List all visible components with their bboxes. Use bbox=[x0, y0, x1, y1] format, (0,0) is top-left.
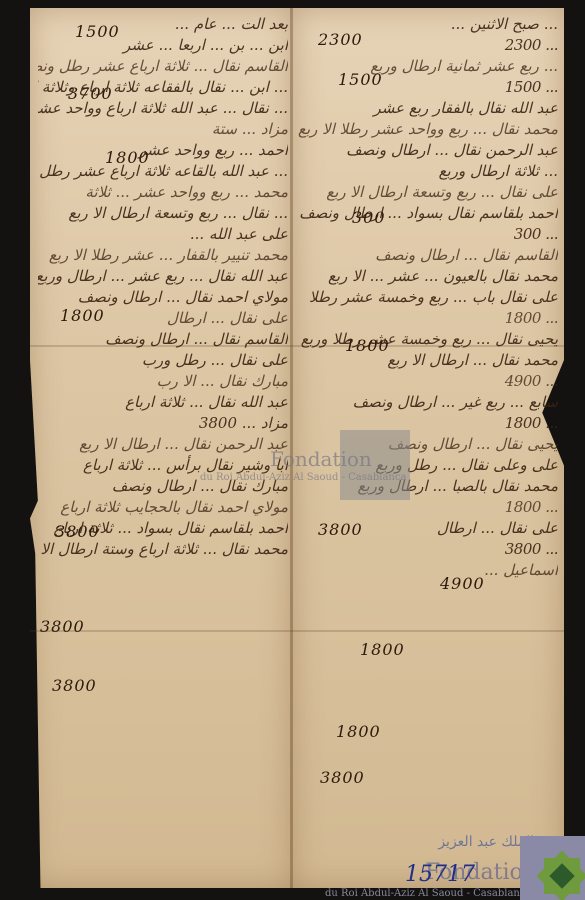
manuscript-line: ... 1800 bbox=[298, 497, 558, 518]
horizontal-fold-line bbox=[30, 630, 564, 632]
manuscript-line: مزاد ... ستة bbox=[38, 119, 288, 140]
manuscript-line: ... 300 bbox=[298, 224, 558, 245]
manuscript-line: على نقال ... ربع وتسعة ارطال الا ربع bbox=[298, 182, 558, 203]
manuscript-line: ... 1800 bbox=[298, 308, 558, 329]
manuscript-line: على نقال باب ... ربع وخمسة عشر رطلا bbox=[298, 287, 558, 308]
manuscript-line: ... ربع عشر ثمانية ارطال وربع bbox=[298, 56, 558, 77]
manuscript-line: محمد نقال بالعيون ... عشر ... الا ربع bbox=[298, 266, 558, 287]
manuscript-line: ... نقال ... ربع وتسعة ارطال الا ربع bbox=[38, 203, 288, 224]
manuscript-line: عبد الله نقال بالفقار ربع عشر bbox=[298, 98, 558, 119]
watermark-subtext: du Roi Abdul-Aziz Al Saoud - Casablanca bbox=[325, 888, 531, 899]
amount-numeral: 1800 bbox=[105, 148, 150, 167]
manuscript-line: ... ثلاثة ارطال وربع bbox=[298, 161, 558, 182]
amount-numeral: 2300 bbox=[318, 30, 363, 49]
manuscript-line: على عبد الله ... bbox=[38, 224, 288, 245]
amount-numeral: 1800 bbox=[345, 336, 390, 355]
amount-numeral: 1500 bbox=[338, 70, 383, 89]
manuscript-line: عبد الرحمن نقال ... ارطال الا ربع bbox=[38, 434, 288, 455]
foundation-logo bbox=[520, 836, 585, 900]
manuscript-line: ... 1500 bbox=[298, 77, 558, 98]
amount-numeral: 4900 bbox=[440, 574, 485, 593]
manuscript-line: محمد نقال ... ارطال الا ربع bbox=[298, 350, 558, 371]
manuscript-line: محمد نقال ... ربع وواحد عشر رطلا الا ربع bbox=[298, 119, 558, 140]
manuscript-line: مولاي احمد نقال بالحجايب ثلاثة ارباع bbox=[38, 497, 288, 518]
manuscript-line: عبد الرحمن نقال ... ارطال ونصف bbox=[298, 140, 558, 161]
amount-numeral: 300 bbox=[352, 208, 386, 227]
manuscript-line: عبد الله نقال ... ربع عشر ... ارطال وربع bbox=[38, 266, 288, 287]
manuscript-line: يحيى نقال ... ربع وخمسة عشر رطلا وربع bbox=[298, 329, 558, 350]
watermark-text: Fondation bbox=[270, 447, 372, 471]
watermark-subtext: du Roi Abdul-Aziz Al Saoud - Casablanca bbox=[200, 472, 406, 483]
manuscript-line: محمد تنيير بالقفار ... عشر رطلا الا ربع bbox=[38, 245, 288, 266]
manuscript-line: مزاد ... 3800 bbox=[38, 413, 288, 434]
manuscript-line: على نقال ... رطل ورب bbox=[38, 350, 288, 371]
right-column-text: ... صبح الاثنين ...... 2300... ربع عشر ث… bbox=[298, 14, 558, 581]
manuscript-line: احمد ... ربع وواحد عشر bbox=[38, 140, 288, 161]
amount-numeral: 1800 bbox=[336, 722, 381, 741]
amount-numeral: 3800 bbox=[52, 676, 97, 695]
amount-numeral: 1800 bbox=[360, 640, 405, 659]
manuscript-line: مولاي احمد نقال ... ارطال ونصف bbox=[38, 287, 288, 308]
amount-numeral: 1500 bbox=[75, 22, 120, 41]
manuscript-line: ... 4900 bbox=[298, 371, 558, 392]
amount-numeral: 3800 bbox=[40, 617, 85, 636]
amount-numeral: 1800 bbox=[60, 306, 105, 325]
manuscript-line: سابع ... ربع غير ... ارطال ونصف bbox=[298, 392, 558, 413]
manuscript-line: احمد بلقاسم نقال بسواد ... ارطال ونصف bbox=[298, 203, 558, 224]
amount-numeral: 3700 bbox=[68, 84, 113, 103]
manuscript-line: ... عبد الله بالقاعه ثلاثة ارباع عشر رطل… bbox=[38, 161, 288, 182]
amount-numeral: 3800 bbox=[320, 768, 365, 787]
manuscript-line: اسماعيل ... bbox=[298, 560, 558, 581]
manuscript-line: ... 3800 bbox=[298, 539, 558, 560]
manuscript-line: ... 1800 bbox=[298, 413, 558, 434]
catalog-number-stamp: 15717 bbox=[405, 862, 475, 887]
manuscript-line: محمد ... ربع وواحد عشر ... ثلاثة bbox=[38, 182, 288, 203]
amount-numeral: 3800 bbox=[55, 522, 100, 541]
manuscript-line: مبارك نقال ... الا رب bbox=[38, 371, 288, 392]
manuscript-line: القاسم نقال ... ارطال ونصف bbox=[38, 329, 288, 350]
manuscript-line: محمد نقال ... ثلاثة ارباع وستة ارطال الا… bbox=[38, 539, 288, 560]
manuscript-line: القاسم نقال ... ارطال ونصف bbox=[298, 245, 558, 266]
manuscript-line: القاسم نقال ... ثلاثة ارباع عشر رطل ونصف bbox=[38, 56, 288, 77]
amount-numeral: 3800 bbox=[318, 520, 363, 539]
manuscript-line: عبد الله نقال ... ثلاثة ارباع bbox=[38, 392, 288, 413]
